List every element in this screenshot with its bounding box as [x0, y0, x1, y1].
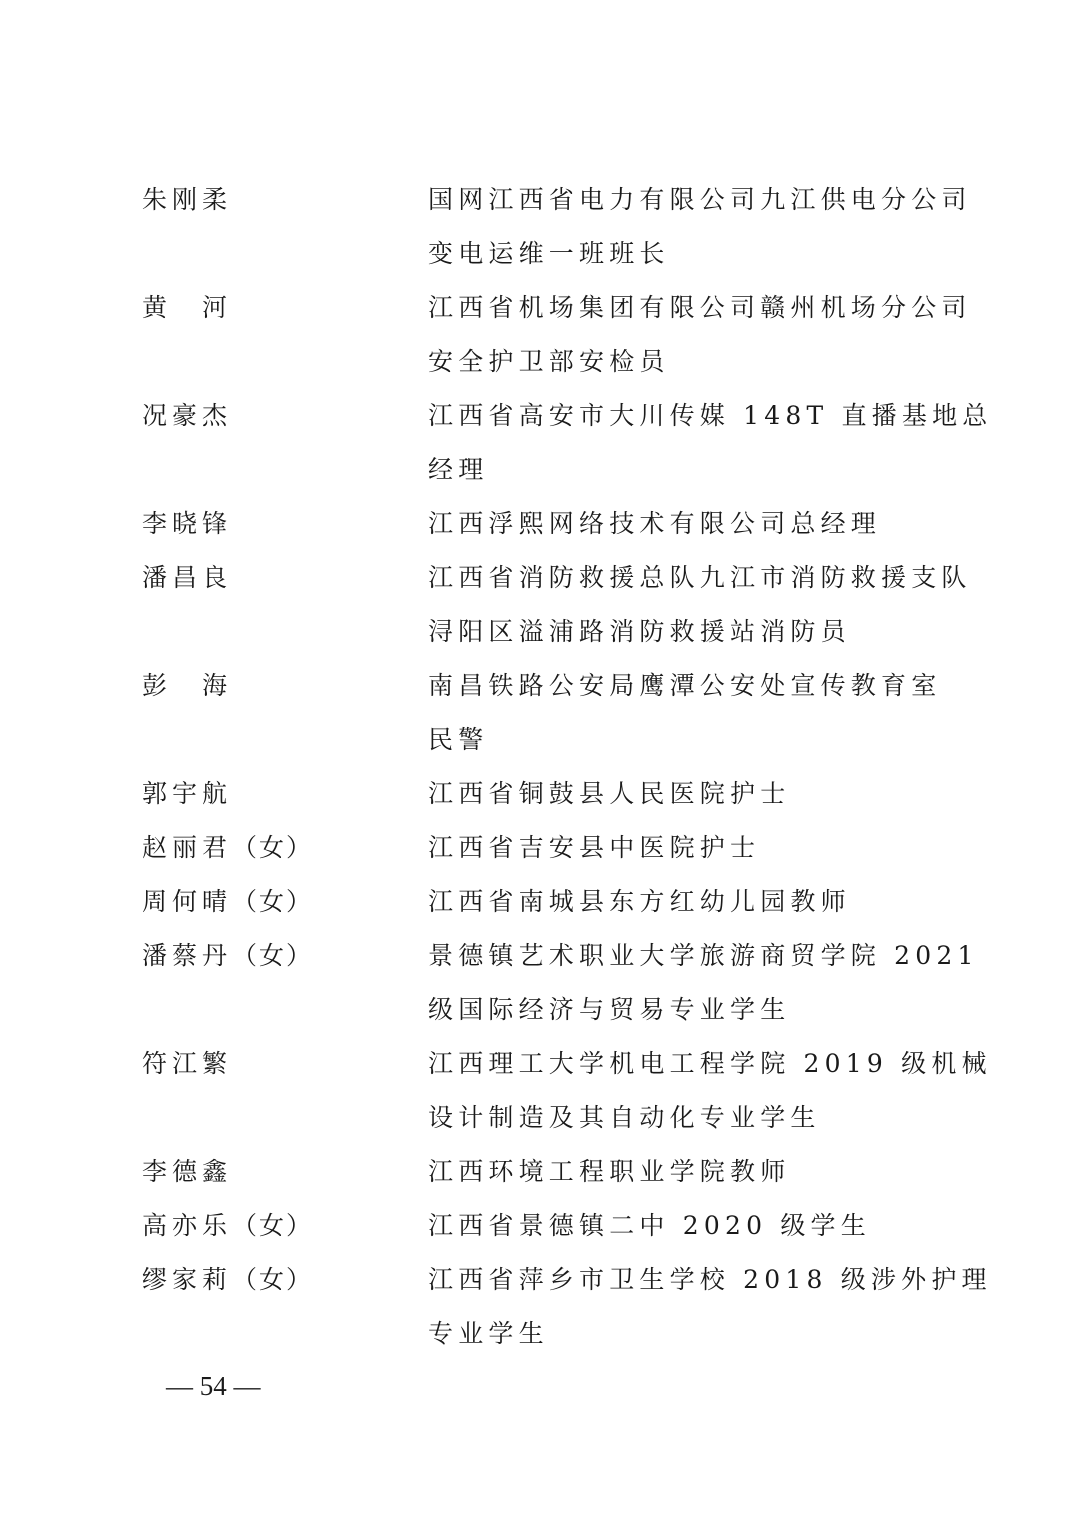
person-name: 潘蔡丹（女）: [142, 929, 313, 983]
person-name: 朱刚柔: [142, 173, 232, 227]
person-name: 彭 海: [142, 659, 232, 713]
person-name: 黄 河: [142, 281, 232, 335]
person-affiliation: 江西理工大学机电工程学院 2019 级机械 设计制造及其自动化专业学生: [428, 1037, 938, 1145]
person-affiliation: 江西省景德镇二中 2020 级学生: [428, 1199, 938, 1253]
page-number: — 54 —: [166, 1366, 261, 1406]
person-name: 赵丽君（女）: [142, 821, 313, 875]
person-affiliation: 江西省南城县东方红幼儿园教师: [428, 875, 938, 929]
person-affiliation: 江西省消防救援总队九江市消防救援支队 浔阳区溢浦路消防救援站消防员: [428, 551, 938, 659]
document-page: 朱刚柔 国网江西省电力有限公司九江供电分公司 变电运维一班班长 黄 河 江西省机…: [0, 0, 1080, 1526]
person-affiliation: 江西省吉安县中医院护士: [428, 821, 938, 875]
person-name: 缪家莉（女）: [142, 1253, 313, 1307]
person-affiliation: 江西省萍乡市卫生学校 2018 级涉外护理 专业学生: [428, 1253, 938, 1361]
person-affiliation: 江西浮熙网络技术有限公司总经理: [428, 497, 938, 551]
person-name: 况豪杰: [142, 389, 232, 443]
person-name: 高亦乐（女）: [142, 1199, 313, 1253]
person-name: 潘昌良: [142, 551, 232, 605]
person-name: 李晓锋: [142, 497, 232, 551]
person-affiliation: 江西省铜鼓县人民医院护士: [428, 767, 938, 821]
person-affiliation: 南昌铁路公安局鹰潭公安处宣传教育室 民警: [428, 659, 938, 767]
person-affiliation: 景德镇艺术职业大学旅游商贸学院 2021 级国际经济与贸易专业学生: [428, 929, 938, 1037]
person-name: 郭宇航: [142, 767, 232, 821]
person-affiliation: 国网江西省电力有限公司九江供电分公司 变电运维一班班长: [428, 173, 938, 281]
person-affiliation: 江西省机场集团有限公司赣州机场分公司 安全护卫部安检员: [428, 281, 938, 389]
person-name: 符江繁: [142, 1037, 232, 1091]
person-name: 周何晴（女）: [142, 875, 313, 929]
person-name: 李德鑫: [142, 1145, 232, 1199]
person-affiliation: 江西省高安市大川传媒 148T 直播基地总 经理: [428, 389, 938, 497]
person-affiliation: 江西环境工程职业学院教师: [428, 1145, 938, 1199]
